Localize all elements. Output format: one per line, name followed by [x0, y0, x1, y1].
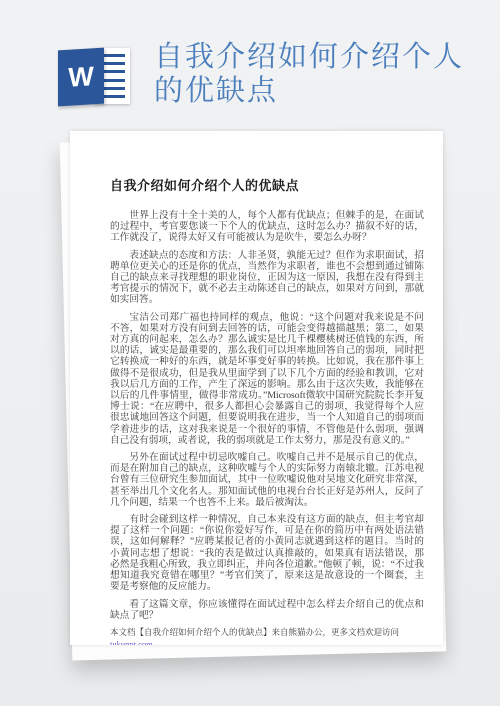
footer-site-link[interactable]: tukuppt.com — [110, 639, 153, 645]
document-paragraph: 看了这篇文章，你应该懂得在面试过程中怎么样去介绍自己的优点和缺点了吧？ — [110, 599, 424, 621]
page-background: { "colors": { "background_gray": "#eef0f… — [0, 0, 500, 706]
document-footer-note: 本文档【自我介绍如何介绍个人的优缺点】来自熊猫办公，更多文档欢迎访问 tukup… — [110, 627, 424, 645]
document-paragraph: 表述缺点的态度和方法：人非圣贤，孰能无过？但作为求职面试，招聘单位更关心的还是你… — [110, 250, 424, 306]
document-paragraph: 宝洁公司郑广福也持同样的观点，他说：“这个问题对我来说是不问不答，如果对方没有问… — [110, 312, 424, 446]
word-icon: W — [58, 46, 134, 108]
footer-note-text: 本文档【自我介绍如何介绍个人的优缺点】来自熊猫办公，更多文档欢迎访问 — [110, 627, 399, 637]
document-paragraph: 世界上没有十全十美的人，每个人都有优缺点；但棘手的是，在面试的过程中，考官要您谈… — [110, 210, 424, 244]
word-icon-letter: W — [68, 63, 93, 92]
page-title-line1: 自我介绍如何介绍个人 — [154, 41, 464, 73]
page-title-line2: 的优缺点 — [154, 75, 278, 107]
header: W 自我介绍如何介绍个人 的优缺点 — [58, 40, 480, 108]
page-title: 自我介绍如何介绍个人 的优缺点 — [154, 40, 464, 108]
document-page: 自我介绍如何介绍个人的优缺点 世界上没有十全十美的人，每个人都有优缺点；但棘手的… — [70, 131, 443, 645]
document-paragraph: 有时会碰到这样一种情况，自己本来没有这方面的缺点，但主考官却提了这样一个问题：“… — [110, 514, 424, 592]
document-title: 自我介绍如何介绍个人的优缺点 — [110, 175, 424, 194]
document-paragraph: 另外在面试过程中切忌吹嘘自己。吹嘘自己并不是展示自己的优点，而是在附加自己的缺点… — [110, 452, 424, 508]
word-icon-cover: W — [58, 48, 104, 107]
document-body: 世界上没有十全十美的人，每个人都有优缺点；但棘手的是，在面试的过程中，考官要您谈… — [110, 210, 424, 621]
